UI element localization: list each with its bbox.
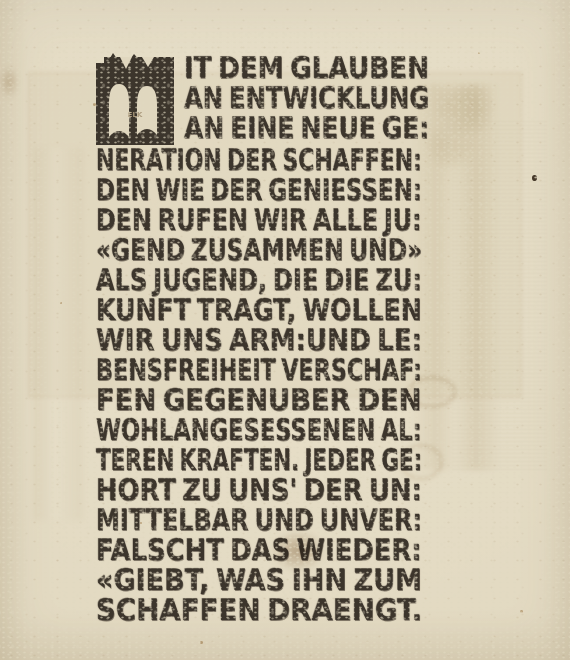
paper-freckle bbox=[93, 103, 96, 106]
manifesto-line: AN ENTWICKLUNG bbox=[184, 83, 429, 113]
text-row: ALS JUGEND, DIE DIE ZU: bbox=[96, 265, 426, 295]
paper-freckle bbox=[478, 52, 480, 54]
paper-fold-band bbox=[34, 148, 82, 520]
ring-stain bbox=[408, 376, 456, 408]
text-row: IT DEM GLAUBEN bbox=[184, 53, 477, 83]
manifesto-line: «GIEBT, WAS IHN ZUM bbox=[96, 565, 422, 595]
text-row: AN EINE NEUE GE: bbox=[184, 113, 477, 143]
manifesto-line: DEN RUFEN WIR ALLE JU: bbox=[96, 205, 422, 235]
manifesto-line: WOHLANGESESSENEN AL: bbox=[96, 415, 422, 445]
manifesto-line: FALSCHT DAS WIEDER: bbox=[96, 535, 422, 565]
manifesto-line: SCHAFFEN DRAENGT. bbox=[96, 595, 422, 625]
paper-freckle bbox=[60, 302, 62, 304]
manifesto-page: ELK IT DEM GLAUBEN AN ENTWICKLUNG AN EIN… bbox=[0, 0, 570, 660]
text-row: TEREN KRAFTEN. JEDER GE: bbox=[96, 445, 426, 475]
text-row: BENSFREIHEIT VERSCHAF: bbox=[96, 355, 426, 385]
text-row: HORT ZU UNS' DER UN: bbox=[96, 475, 426, 505]
text-row: «GIEBT, WAS IHN ZUM bbox=[96, 565, 426, 595]
manifesto-text-block: ELK IT DEM GLAUBEN AN ENTWICKLUNG AN EIN… bbox=[96, 50, 426, 625]
text-row: DEN RUFEN WIR ALLE JU: bbox=[96, 205, 426, 235]
head-lines: IT DEM GLAUBEN AN ENTWICKLUNG AN EINE NE… bbox=[184, 50, 477, 145]
text-row: «GEND ZUSAMMEN UND» bbox=[96, 235, 426, 265]
text-row: AN ENTWICKLUNG bbox=[184, 83, 477, 113]
first-paragraph-head: ELK IT DEM GLAUBEN AN ENTWICKLUNG AN EIN… bbox=[96, 50, 426, 145]
manifesto-line: KUNFT TRAGT, WOLLEN bbox=[96, 295, 422, 325]
manifesto-line: BENSFREIHEIT VERSCHAF: bbox=[96, 355, 422, 385]
manifesto-line: ALS JUGEND, DIE DIE ZU: bbox=[96, 265, 422, 295]
manifesto-line: NERATION DER SCHAFFEN: bbox=[96, 145, 422, 175]
paper-freckle bbox=[200, 641, 203, 644]
text-row: WOHLANGESESSENEN AL: bbox=[96, 415, 426, 445]
initial-letter-m-woodcut: ELK bbox=[96, 53, 174, 145]
verso-showthrough-texture bbox=[452, 118, 547, 470]
ring-stain bbox=[399, 444, 443, 480]
manifesto-line: AN EINE NEUE GE: bbox=[184, 113, 429, 143]
manifesto-line: TEREN KRAFTEN. JEDER GE: bbox=[96, 445, 422, 475]
manifesto-line: HORT ZU UNS' DER UN: bbox=[96, 475, 422, 505]
manifesto-line: FEN GEGENUBER DEN bbox=[96, 385, 422, 415]
paper-freckle bbox=[140, 522, 142, 524]
manifesto-line: WIR UNS ARM:UND LE: bbox=[96, 325, 422, 355]
text-row: FEN GEGENUBER DEN bbox=[96, 385, 426, 415]
paper-freckle bbox=[520, 610, 523, 613]
manifesto-line: MITTELBAR UND UNVER: bbox=[96, 505, 422, 535]
text-row: MITTELBAR UND UNVER: bbox=[96, 505, 426, 535]
text-row: WIR UNS ARM:UND LE: bbox=[96, 325, 426, 355]
manifesto-line: «GEND ZUSAMMEN UND» bbox=[96, 235, 422, 265]
text-row: FALSCHT DAS WIEDER: bbox=[96, 535, 426, 565]
text-row: DEN WIE DER GENIESSEN: bbox=[96, 175, 426, 205]
manifesto-line: DEN WIE DER GENIESSEN: bbox=[96, 175, 422, 205]
manifesto-line: IT DEM GLAUBEN bbox=[184, 53, 429, 83]
artist-monogram: ELK bbox=[128, 111, 143, 119]
ink-speck bbox=[532, 175, 537, 181]
text-row: NERATION DER SCHAFFEN: bbox=[96, 145, 426, 175]
text-row: KUNFT TRAGT, WOLLEN bbox=[96, 295, 426, 325]
ink-stain-blob bbox=[270, 530, 326, 572]
text-row: SCHAFFEN DRAENGT. bbox=[96, 595, 426, 625]
edge-stain bbox=[0, 60, 22, 104]
